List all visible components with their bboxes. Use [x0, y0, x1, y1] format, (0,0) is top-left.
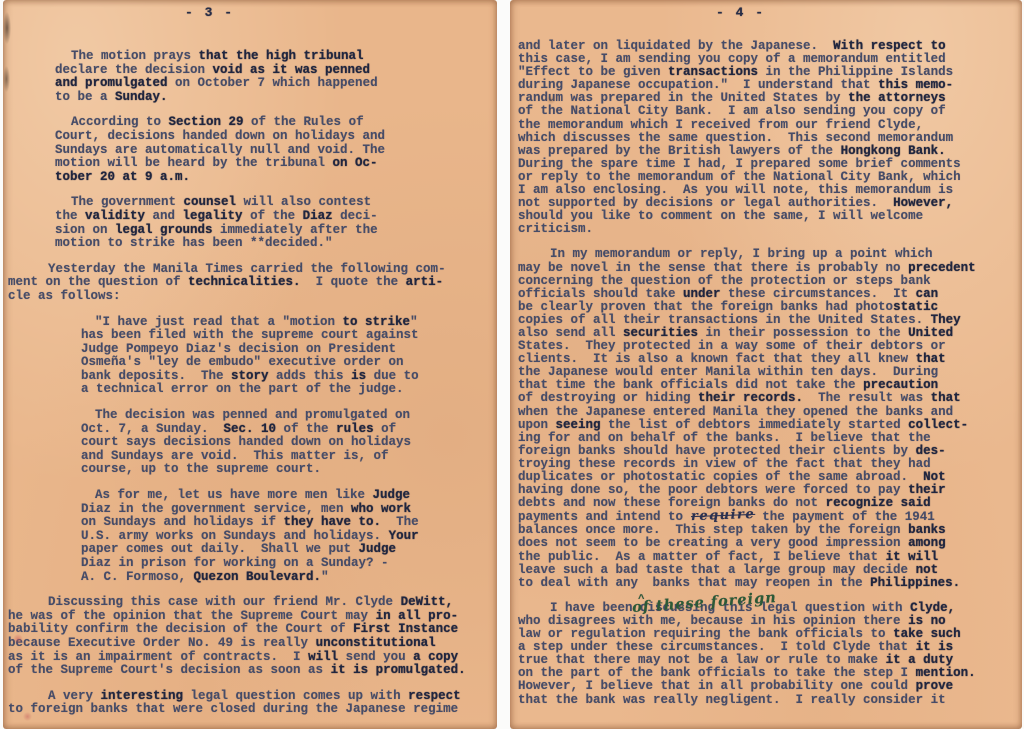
heavy-ink-text: and promulgated	[55, 76, 168, 90]
text-line: debts and now these foreign banks do not…	[518, 497, 1022, 510]
heavy-ink-text: Diaz	[303, 209, 333, 223]
paragraph: The government counsel will also contest…	[55, 196, 497, 250]
heavy-ink-text: Sunday.	[115, 90, 168, 104]
text-line: tober 20 at 9 a.m.	[55, 171, 497, 185]
text-line: ment on the question of technicalities. …	[8, 276, 497, 290]
heavy-ink-text: void as it was penned	[213, 63, 371, 77]
text-line: was prepared by the British lawyers of t…	[518, 145, 1022, 158]
paragraph: Yesterday the Manila Times carried the f…	[8, 263, 497, 304]
text-line: the memorandum which I received from our…	[518, 119, 1022, 132]
text-line: Diaz in prison for working on a Sunday? …	[81, 557, 497, 571]
heavy-ink-text: precedent	[908, 261, 976, 275]
heavy-ink-text: With respect to	[833, 39, 946, 53]
heavy-ink-text: respect	[408, 689, 461, 703]
text-line: According to Section 29 of the Rules of	[55, 116, 497, 130]
heavy-ink-text: technicalities.	[188, 275, 301, 289]
text-line: paper comes out daily. Shall we put Judg…	[81, 543, 497, 557]
page-number: - 4 -	[716, 5, 765, 20]
text-line: Court, decisions handed down on holidays…	[55, 130, 497, 144]
heavy-ink-text: on Oc-	[333, 156, 378, 170]
heavy-ink-text: who work	[351, 502, 411, 516]
heavy-ink-text: Judge	[373, 488, 411, 502]
text-line: of destroying or hiding their records. T…	[518, 392, 1022, 405]
heavy-ink-text: des-	[916, 444, 946, 458]
heavy-ink-text: seeing	[556, 418, 601, 432]
heavy-ink-text: can	[916, 287, 939, 301]
heavy-ink-text: First Instance	[353, 622, 458, 636]
text-line: on Sundays and holidays if they have to.…	[81, 516, 497, 530]
paragraph: "I have just read that a "motion to stri…	[81, 316, 497, 398]
paragraph: According to Section 29 of the Rules ofC…	[55, 116, 497, 184]
heavy-ink-text: that	[931, 391, 961, 405]
heavy-ink-text: will	[308, 650, 338, 664]
text-line: criticism.	[518, 223, 1022, 236]
paragraph: As for me, let us have more men like Jud…	[81, 489, 497, 584]
heavy-ink-text: Clyde,	[910, 601, 955, 615]
paragraph: and later on liquidated by the Japanese.…	[518, 40, 1022, 236]
text-line: concerning the question of the protectio…	[518, 275, 1022, 288]
heavy-ink-text: validity	[85, 209, 145, 223]
text-line: has been filed with the supreme court ag…	[81, 329, 497, 343]
heavy-ink-text: a copy	[413, 650, 458, 664]
heavy-ink-text: in all pro-	[376, 609, 459, 623]
text-line: and promulgated on October 7 which happe…	[55, 77, 497, 91]
page-number: - 3 -	[185, 5, 234, 20]
heavy-ink-text: Not	[923, 470, 946, 484]
text-line: Osmeña's "ley de embudo" executive order…	[81, 356, 497, 370]
text-line: does not seem to be creating a very good…	[518, 537, 1022, 550]
text-line: A. C. Formoso, Quezon Boulevard."	[81, 571, 497, 585]
text-line: the public. As a matter of fact, I belie…	[518, 551, 1022, 564]
heavy-ink-text: unconstitutional	[316, 636, 436, 650]
heavy-ink-text: They	[931, 313, 961, 327]
text-line: As for me, let us have more men like Jud…	[81, 489, 497, 503]
text-line: motion to strike has been **decided."	[55, 237, 497, 251]
text-line: motion will be heard by the tribunal on …	[55, 157, 497, 171]
text-line: officials should take under these circum…	[518, 288, 1022, 301]
heavy-ink-text: take such	[893, 627, 961, 641]
handwritten-strikethrough-correction: require	[690, 508, 755, 523]
heavy-ink-text: interesting	[101, 689, 184, 703]
heavy-ink-text: not	[916, 563, 939, 577]
paragraph: The decision was penned and promulgated …	[81, 409, 497, 477]
heavy-ink-text: among	[908, 536, 946, 550]
text-line: course, up to the supreme court.	[81, 463, 497, 477]
heavy-ink-text: arti-	[406, 275, 444, 289]
heavy-ink-text: is no	[908, 614, 946, 628]
scan-smudge	[3, 12, 11, 44]
heavy-ink-text: Hongkong Bank.	[841, 144, 946, 158]
heavy-ink-text: under	[683, 287, 721, 301]
heavy-ink-text: it is promulgated.	[331, 663, 466, 677]
text-line: upon seeing the list of debtors immediat…	[518, 419, 1022, 432]
text-line: to foreign banks that were closed during…	[8, 703, 497, 717]
heavy-ink-text: Sec. 10	[224, 422, 277, 436]
text-line: because Executive Order No. 49 is really…	[8, 637, 497, 651]
heavy-ink-text: is	[351, 369, 366, 383]
paragraph: I have been discussing this legal questi…	[518, 602, 1022, 707]
heavy-ink-text: to strike	[343, 315, 411, 329]
heavy-ink-text: prove	[916, 679, 954, 693]
page-4-body: and later on liquidated by the Japanese.…	[510, 40, 1022, 707]
text-line: that the bank was really negligent. I re…	[518, 694, 1022, 707]
text-line: The motion prays that the high tribunal	[55, 50, 497, 64]
text-line: court says decisions handed down on holi…	[81, 436, 497, 450]
scanned-document: - 3 - The motion prays that the high tri…	[0, 0, 1024, 729]
paragraph: The motion prays that the high tribunald…	[55, 50, 497, 104]
paragraph: Discussing this case with our friend Mr.…	[8, 596, 497, 678]
text-line: During the spare time I had, I prepared …	[518, 158, 1022, 171]
page-3: - 3 - The motion prays that the high tri…	[3, 0, 497, 729]
heavy-ink-text: legal grounds	[115, 223, 213, 237]
text-line: a technical error on the part of the jud…	[81, 383, 497, 397]
heavy-ink-text: securities	[623, 326, 698, 340]
heavy-ink-text: static	[893, 300, 938, 314]
text-line: The decision was penned and promulgated …	[81, 409, 497, 423]
heavy-ink-text: that the high tribunal	[199, 49, 364, 63]
heavy-ink-text: Quezon Boulevard.	[194, 570, 322, 584]
text-line: which discusses the same question. This …	[518, 132, 1022, 145]
text-line: should you like to comment on the same, …	[518, 210, 1022, 223]
heavy-ink-text: Philippines.	[870, 576, 960, 590]
text-line: Discussing this case with our friend Mr.…	[8, 596, 497, 610]
paragraph: In my memorandum or reply, I bring up a …	[518, 248, 1022, 589]
heavy-ink-text: counsel	[184, 195, 237, 209]
page-3-body: The motion prays that the high tribunald…	[3, 50, 497, 717]
text-line: bability confirm the decision of the Cou…	[8, 623, 497, 637]
page-4: - 4 - and later on liquidated by the Jap…	[510, 0, 1022, 729]
heavy-ink-text: United	[908, 326, 953, 340]
paragraph: A very interesting legal question comes …	[8, 690, 497, 717]
heavy-ink-text: rules	[336, 422, 374, 436]
text-line: However, I believe that in all probabili…	[518, 680, 1022, 693]
heavy-ink-text: collect-	[908, 418, 968, 432]
heavy-ink-text: Judge	[359, 542, 397, 556]
heavy-ink-text: legality	[183, 209, 243, 223]
heavy-ink-text: Section 29	[169, 115, 244, 129]
text-line: of the Supreme Court's decision as soon …	[8, 664, 497, 678]
text-line: of the National City Bank. I am also sen…	[518, 105, 1022, 118]
heavy-ink-text: they have to.	[284, 515, 382, 529]
text-line: The government counsel will also contest	[55, 196, 497, 210]
heavy-ink-text: it will	[886, 550, 939, 564]
heavy-ink-text: recognize said	[826, 496, 931, 510]
heavy-ink-text: their	[908, 483, 946, 497]
text-line: foreign banks should have protected thei…	[518, 445, 1022, 458]
text-line: cle as follows:	[8, 290, 497, 304]
text-line: may be novel in the sense that there is …	[518, 262, 1022, 275]
text-line: to be a Sunday.	[55, 91, 497, 105]
heavy-ink-text: Your	[389, 529, 419, 543]
text-line: to deal with any^of these foreign banks …	[518, 577, 1022, 590]
heavy-ink-text: tober 20 at 9 a.m.	[55, 170, 190, 184]
text-line: the validity and legality of the Diaz de…	[55, 210, 497, 224]
heavy-ink-text: their records.	[698, 391, 803, 405]
heavy-ink-text: story	[231, 369, 269, 383]
heavy-ink-text: DeWitt,	[401, 595, 454, 609]
text-line: ing for and on behalf of the banks. I be…	[518, 432, 1022, 445]
